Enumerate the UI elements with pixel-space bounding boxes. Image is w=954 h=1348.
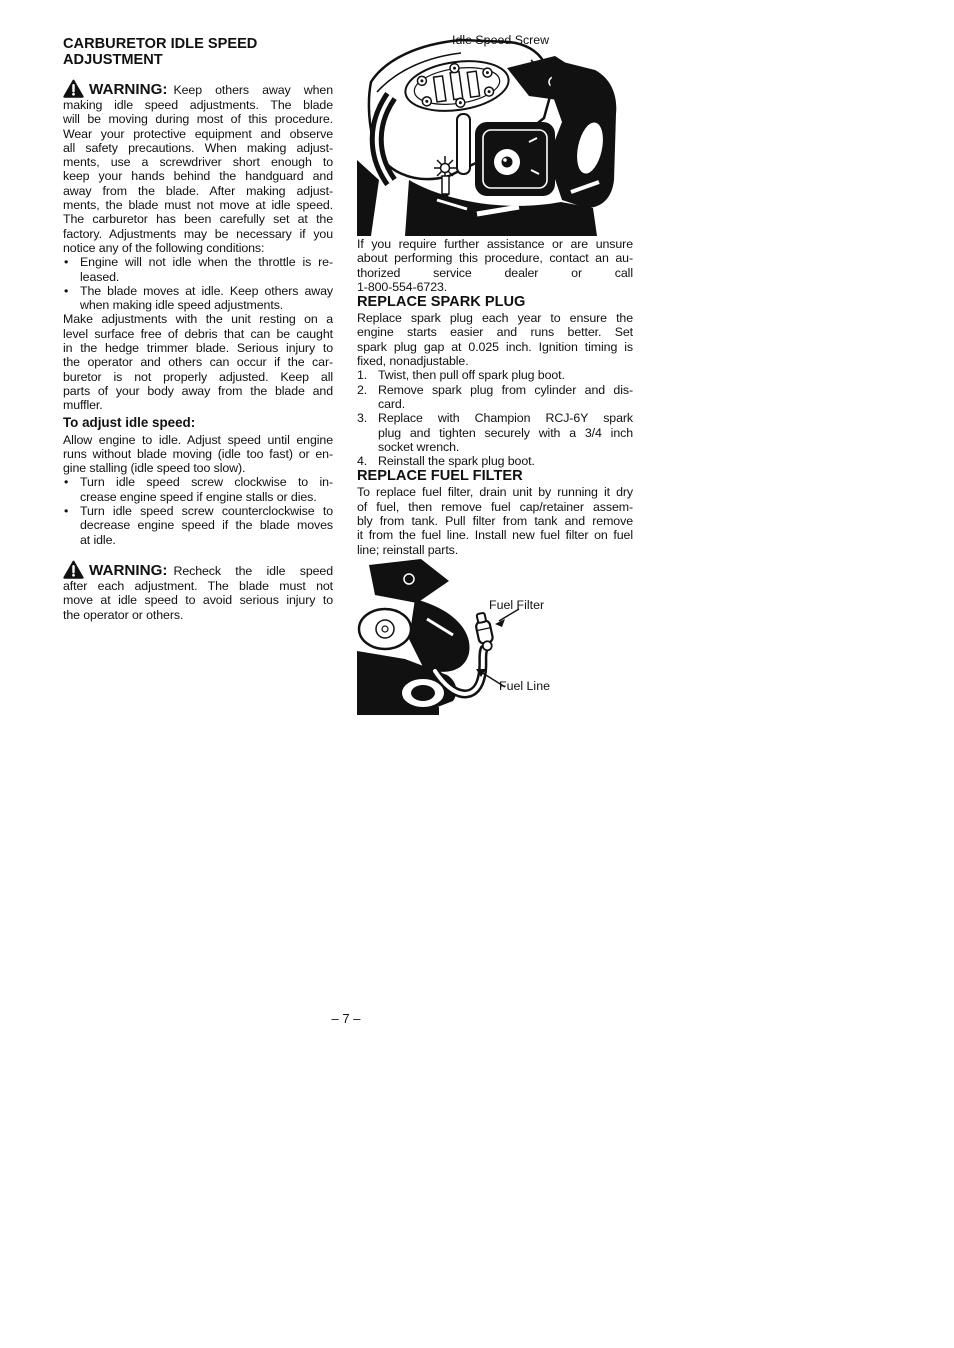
text-line: factory. Adjustments may be necessary if…: [63, 227, 333, 241]
text-line: ments, use a screwdriver short enough to: [63, 155, 333, 169]
text-line: when making idle speed adjustments.: [80, 298, 333, 312]
fuel-filter-illustration: [357, 559, 623, 719]
text-line: Turn idle speed screw counterclockwise t…: [80, 504, 333, 518]
bullet-text: Turn idle speed screw clockwise to in-cr…: [80, 475, 333, 504]
text-line: The blade moves at idle. Keep others awa…: [80, 284, 333, 298]
text-line: after each adjustment. The blade must no…: [63, 579, 333, 593]
text-line: Turn idle speed screw clockwise to in-: [80, 475, 333, 489]
text-line: crease engine speed if engine stalls or …: [80, 490, 333, 504]
text-line: spark plug gap at 0.025 inch. Ignition t…: [357, 340, 633, 354]
text-line: notice any of the following conditions:: [63, 241, 333, 255]
figure2-caption-fuel-line: Fuel Line: [499, 680, 550, 693]
text-line: the operator and others can occur if the…: [63, 355, 333, 369]
figure2-caption-fuel-filter: Fuel Filter: [489, 599, 544, 612]
text-line: Reinstall the spark plug boot.: [378, 454, 633, 468]
text-line: thorized service dealer or call: [357, 266, 633, 280]
warning-triangle-icon: [63, 79, 84, 98]
step-text: Reinstall the spark plug boot.: [378, 454, 633, 468]
warning-first-line: WARNING:Recheck the idle speed: [63, 560, 333, 579]
section-heading-carburetor: CARBURETOR IDLE SPEED ADJUSTMENT: [63, 36, 333, 68]
bullet-marker: •: [64, 255, 68, 269]
warning-text: after each adjustment. The blade must no…: [63, 579, 333, 622]
bullet-item: • Engine will not idle when the throttle…: [63, 255, 333, 284]
text-line: To replace fuel filter, drain unit by ru…: [357, 485, 633, 499]
bullet-marker: •: [64, 475, 68, 489]
paragraph-assistance: If you require further assistance or are…: [357, 237, 633, 294]
text-line: gine stalling (idle speed too slow).: [63, 461, 333, 475]
numbered-item: 1. Twist, then pull off spark plug boot.: [357, 368, 633, 382]
step-text: Twist, then pull off spark plug boot.: [378, 368, 633, 382]
step-number: 3.: [357, 411, 367, 425]
document-page: CARBURETOR IDLE SPEED ADJUSTMENT WARNING…: [0, 0, 954, 1348]
bullet-marker: •: [64, 284, 68, 298]
bullet-text: Engine will not idle when the throttle i…: [80, 255, 333, 284]
paragraph-spark-plug: Replace spark plug each year to ensure t…: [357, 311, 633, 368]
text-line: card.: [378, 397, 633, 411]
text-line: leased.: [80, 270, 333, 284]
numbered-item: 2. Remove spark plug from cylinder and d…: [357, 383, 633, 412]
right-column: Idle Speed Screw If you require further …: [357, 30, 633, 719]
text-line: Twist, then pull off spark plug boot.: [378, 368, 633, 382]
numbered-item: 3. Replace with Champion RCJ-6Y sparkplu…: [357, 411, 633, 454]
text-line: Remove spark plug from cylinder and dis-: [378, 383, 633, 397]
step-text: Replace with Champion RCJ-6Y sparkplug a…: [378, 411, 633, 454]
bullet-item: • Turn idle speed screw counterclockwise…: [63, 504, 333, 547]
text-line: about performing this procedure, contact…: [357, 251, 633, 265]
left-column: CARBURETOR IDLE SPEED ADJUSTMENT WARNING…: [63, 36, 333, 622]
step-number: 4.: [357, 454, 367, 468]
step-text: Remove spark plug from cylinder and dis-…: [378, 383, 633, 412]
text-line: fixed, nonadjustable.: [357, 354, 633, 368]
figure-idle-speed-screw: Idle Speed Screw: [357, 30, 623, 236]
text-line: Allow engine to idle. Adjust speed until…: [63, 433, 333, 447]
text-line: all safety precautions. When making adju…: [63, 141, 333, 155]
numbered-item: 4. Reinstall the spark plug boot.: [357, 454, 633, 468]
warning-text-first: Keep others away when: [173, 83, 333, 97]
step-number: 1.: [357, 368, 367, 382]
text-line: Make adjustments with the unit resting o…: [63, 312, 333, 326]
text-line: decrease engine speed if the blade moves: [80, 518, 333, 532]
text-line: ments, the blade must not move at idle s…: [63, 198, 333, 212]
text-line: runs without blade moving (idle too fast…: [63, 447, 333, 461]
text-line: buretor is not properly adjusted. Keep a…: [63, 370, 333, 384]
text-line: muffler.: [63, 398, 333, 412]
text-line: the operator or others.: [63, 608, 333, 622]
text-line: at idle.: [80, 533, 333, 547]
text-line: plug and tighten securely with a 3/4 inc…: [378, 426, 633, 440]
bullet-item: • The blade moves at idle. Keep others a…: [63, 284, 333, 313]
figure1-caption: Idle Speed Screw: [452, 34, 549, 47]
bullet-text: Turn idle speed screw counterclockwise t…: [80, 504, 333, 547]
warning-label: WARNING:: [89, 562, 167, 579]
text-line: The carburetor has been carefully set at…: [63, 212, 333, 226]
text-line: Engine will not idle when the throttle i…: [80, 255, 333, 269]
text-line: socket wrench.: [378, 440, 633, 454]
text-line: If you require further assistance or are…: [357, 237, 633, 251]
step-number: 2.: [357, 383, 367, 397]
text-line: of fuel, then remove fuel cap/retainer a…: [357, 500, 633, 514]
bullet-text: The blade moves at idle. Keep others awa…: [80, 284, 333, 313]
text-line: Replace with Champion RCJ-6Y spark: [378, 411, 633, 425]
text-line: making idle speed adjustments. The blade: [63, 98, 333, 112]
warning-block-1: WARNING:Keep others away when making idl…: [63, 79, 333, 255]
warning-label: WARNING:: [89, 81, 167, 98]
warning-text-first: Recheck the idle speed: [173, 564, 333, 578]
text-line: move at idle speed to avoid serious inju…: [63, 593, 333, 607]
warning-first-line: WARNING:Keep others away when: [63, 79, 333, 98]
text-line: parts of your body away from the blade a…: [63, 384, 333, 398]
warning-block-2: WARNING:Recheck the idle speed after eac…: [63, 560, 333, 622]
bullet-item: • Turn idle speed screw clockwise to in-…: [63, 475, 333, 504]
text-line: it from the fuel line. Install new fuel …: [357, 528, 633, 542]
text-line: in the hedge trimmer blade. Serious inju…: [63, 341, 333, 355]
text-line: keep your hands behind the handguard and: [63, 169, 333, 183]
subheading-adjust-idle-speed: To adjust idle speed:: [63, 413, 333, 433]
warning-triangle-icon: [63, 560, 84, 579]
text-line: engine starts easier and runs better. Se…: [357, 325, 633, 339]
text-line: level surface free of debris that can be…: [63, 327, 333, 341]
warning-text: making idle speed adjustments. The blade…: [63, 98, 333, 255]
paragraph-fuel-filter: To replace fuel filter, drain unit by ru…: [357, 485, 633, 556]
text-line: 1-800-554-6723.: [357, 280, 633, 294]
text-line: line; reinstall parts.: [357, 543, 633, 557]
paragraph-allow-engine: Allow engine to idle. Adjust speed until…: [63, 433, 333, 476]
bullet-marker: •: [64, 504, 68, 518]
text-line: Replace spark plug each year to ensure t…: [357, 311, 633, 325]
text-line: bly from tank. Pull filter from tank and…: [357, 514, 633, 528]
idle-speed-screw-illustration: [357, 30, 623, 236]
section-heading-replace-fuel-filter: REPLACE FUEL FILTER: [357, 468, 633, 485]
page-number: – 7 –: [0, 1012, 692, 1026]
paragraph-make-adjustments: Make adjustments with the unit resting o…: [63, 312, 333, 412]
text-line: Wear your protective equipment and obser…: [63, 127, 333, 141]
figure-fuel-filter: Fuel Filter Fuel Line: [357, 559, 623, 719]
section-heading-replace-spark-plug: REPLACE SPARK PLUG: [357, 294, 633, 311]
text-line: away from the blade. After making adjust…: [63, 184, 333, 198]
text-line: will be moving during most of this proce…: [63, 112, 333, 126]
